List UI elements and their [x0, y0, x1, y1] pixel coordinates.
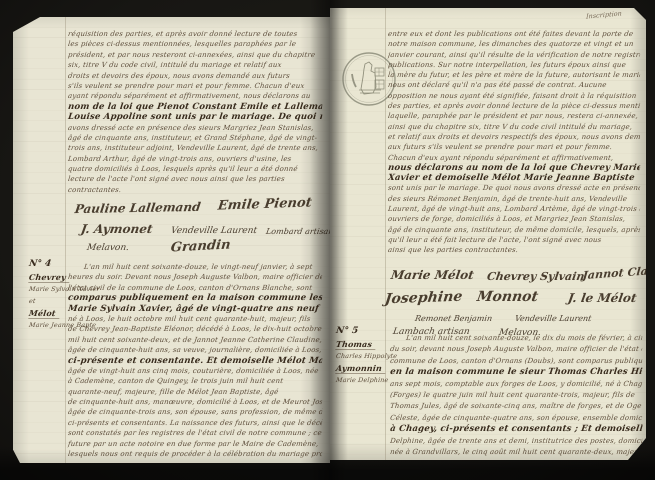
act-3-closing-paragraph: réquisition des parties, et après avoir … [68, 29, 322, 195]
signature: Melavon. [86, 243, 130, 253]
manuscript-line: commune de Loos, canton d'Ornans (Doubs)… [389, 356, 642, 367]
manuscript-line: quatre domiciliés à Loos, lesquels après… [67, 164, 322, 174]
manuscript-line: de Chevrey Jean-Baptiste Eléonor, décédé… [67, 324, 322, 334]
manuscript-line: trois ans, instituteur adjoint, Vendevil… [67, 143, 322, 153]
manuscript-line: ci-présents et consentants. La naissance… [67, 418, 322, 428]
manuscript-line: ayant répondu séparément et affirmativem… [67, 91, 322, 101]
signature: Vendeville Laurent [170, 226, 258, 236]
signature: Emile Pienot [217, 195, 313, 213]
margin-note-line: Thomas [335, 338, 377, 350]
manuscript-line: à Chagey, ci-présents et consentants ; E… [389, 424, 642, 435]
manuscript-line: nous déclarons au nom de la loi que Chev… [387, 163, 640, 173]
manuscript-line: contractantes. [67, 185, 322, 195]
manuscript-line: l'état civil de la commune de Loos, cant… [67, 283, 322, 293]
manuscript-line: Xavier et demoiselle Mélot Marie Jeanne … [387, 173, 640, 183]
manuscript-line: en la maison commune le sieur Thomas Cha… [389, 367, 642, 378]
act-4-closing-paragraph: entre eux et dont les publications ont é… [388, 29, 640, 256]
manuscript-line: nom de la loi que Pienot Constant Emile … [67, 102, 322, 112]
manuscript-line: ainsi que du chapitre six, titre V du co… [387, 122, 640, 132]
manuscript-line: L'an mil huit cent soixante-douze, le vi… [67, 262, 322, 272]
manuscript-line: la mère du futur, et les père et mère de… [387, 70, 640, 80]
signature: Chevrey Sylvain [486, 270, 585, 283]
manuscript-line: comparus publiquement en la maison commu… [67, 293, 322, 303]
margin-note-line: Chevrey [28, 271, 70, 283]
manuscript-line: des sieurs Rémonet Benjamin, âgé de tren… [387, 194, 640, 204]
manuscript-line: six, titre V du code civil, intitulé du … [67, 60, 322, 70]
manuscript-line: (Forges) le quatre juin mil huit cent qu… [389, 390, 642, 401]
manuscript-line: Laurent, âgé de vingt-huit ans, Lombard … [387, 204, 640, 214]
manuscript-line: quarante-neuf, majeure, fille de Mélot J… [67, 387, 322, 397]
act-5-margin-note: N° 5 ThomasCharles HippolyteAymonninMari… [336, 326, 396, 386]
manuscript-line: Louise Appoline sont unis par le mariage… [67, 112, 322, 122]
signature: Pauline Lallemand [74, 200, 202, 216]
manuscript-line: des parties, et après avoir donné lectur… [387, 101, 640, 111]
manuscript-line: âgé de cinquante ans, instituteur, de mê… [387, 225, 640, 235]
manuscript-line: janvier courant, ainsi qu'il résulte de … [387, 50, 640, 60]
manuscript-line: entre eux et dont les publications ont é… [387, 29, 640, 39]
manuscript-line: opposition ne nous ayant été signifiée, … [387, 91, 640, 101]
registry-scan: réquisition des parties, et après avoir … [0, 0, 655, 480]
signature: J. Aymonet [80, 222, 154, 236]
manuscript-line: âgée de vingt-huit ans cinq mois, coutur… [67, 366, 322, 376]
manuscript-line: publications. Sur notre interpellation, … [387, 60, 640, 70]
manuscript-line: ouvriers de forge, domiciliés à Loos, et… [387, 214, 640, 224]
manuscript-line: âgé de cinquante ans, instituteur, et Gr… [67, 133, 322, 143]
manuscript-line: heures du soir. Devant nous Joseph Augus… [67, 272, 322, 282]
manuscript-line: laquelle, paraphée par le président et p… [387, 111, 640, 121]
manuscript-line: sont unis par le mariage. De quoi nous a… [387, 183, 640, 193]
manuscript-line: droits et devoirs des époux, nous avons … [67, 71, 322, 81]
right-page: Inscription entre eux et dont les public… [330, 8, 646, 460]
manuscript-line: Thomas Jules, âgé de soixante-cinq ans, … [389, 401, 642, 412]
manuscript-line: née à Grandvillars, le cinq août mil hui… [389, 447, 642, 458]
act-5-body: L'an mil huit cent soixante-douze, le di… [390, 333, 642, 458]
manuscript-line: L'an mil huit cent soixante-douze, le di… [389, 333, 642, 344]
manuscript-line: ans sept mois, comptable aux forges de L… [389, 379, 642, 390]
manuscript-line: âgée de cinquante-huit ans, sa veuve, jo… [67, 345, 322, 355]
signature: Vendeville Laurent [514, 314, 592, 323]
corner-annotation: Inscription [586, 9, 622, 20]
margin-note-line: Aymonnin [335, 362, 387, 374]
manuscript-line: future par un acte notoire en due forme … [67, 439, 322, 449]
manuscript-line: ainsi que les parties contractantes. [387, 245, 640, 255]
manuscript-line: lesquels nous ont requis de procéder à l… [67, 449, 322, 459]
manuscript-line: notre maison commune, les dimanches des … [387, 39, 640, 49]
manuscript-line: s'ils veulent se prendre pour mari et po… [67, 81, 322, 91]
manuscript-line: président, et par nous resteront ci-anne… [67, 50, 322, 60]
signature: J. le Mélot [567, 291, 638, 305]
signature: Monnot [476, 289, 540, 305]
left-page: réquisition des parties, et après avoir … [13, 17, 330, 463]
signature: Remonet Benjamin [414, 314, 493, 323]
manuscript-line: réquisition des parties, et après avoir … [67, 29, 322, 39]
manuscript-line: Céleste, âgée de cinquante-quatre ans, s… [389, 413, 642, 424]
manuscript-line: et relatif aux droits et devoirs respect… [387, 132, 640, 142]
signature: Jannot Clarice [582, 263, 655, 282]
margin-note-line: Charles Hippolyte [335, 350, 396, 362]
manuscript-line: lecture de l'acte l'ont signé avec nous … [67, 174, 322, 184]
act-4-body: L'an mil huit cent soixante-douze, le vi… [68, 262, 322, 459]
manuscript-line: aux futurs s'ils veulent se prendre pour… [387, 142, 640, 152]
act-number: N° 5 [335, 326, 396, 336]
manuscript-line: Chacun d'eux ayant répondu séparément et… [387, 153, 640, 163]
manuscript-line: de cinquante-huit ans, manœuvre, domicil… [67, 397, 322, 407]
manuscript-line: ci-présente et consentante. Et demoisell… [67, 356, 322, 366]
manuscript-line: du soir, devant nous Joseph Auguste Valb… [389, 344, 642, 355]
seated-figure [361, 62, 376, 94]
manuscript-line: à Cademène, canton de Quingey, le trois … [67, 376, 322, 386]
signature: Josephine [384, 289, 463, 308]
signature: Lombard artisan [265, 227, 334, 236]
signature: Marie Mélot [390, 268, 475, 282]
manuscript-line: les pièces ci-dessus mentionnées, lesque… [67, 39, 322, 49]
signature: Grandin [170, 237, 231, 255]
manuscript-line: qu'il leur a été fait lecture de l'acte,… [387, 235, 640, 245]
margin-names: ThomasCharles HippolyteAymonninMarie Del… [336, 338, 396, 386]
manuscript-line: Marie Sylvain Xavier, âgé de vingt-quatr… [67, 304, 322, 314]
manuscript-line: avons dressé acte en présence des sieurs… [67, 123, 322, 133]
margin-note-line: Marie Delphine [335, 374, 396, 386]
manuscript-line: sont constatés par les registres de l'ét… [67, 428, 322, 438]
manuscript-line: mil huit cent soixante-deux, et de Janno… [67, 335, 322, 345]
manuscript-line: nous ont déclaré qu'il n'a pas été passé… [387, 80, 640, 90]
manuscript-line: né à Loos, le huit octobre mil huit cent… [67, 314, 322, 324]
margin-note-line: Mélot [28, 307, 60, 319]
manuscript-line: Lombard Arthur, âgé de vingt-trois ans, … [67, 154, 322, 164]
act-3-signatures: Pauline LallemandEmile PienotJ. AymonetV… [53, 201, 318, 261]
manuscript-line: Delphine, âgée de trente ans et demi, in… [389, 436, 642, 447]
manuscript-line: âgée de cinquante-trois ans, son épouse,… [67, 407, 322, 417]
